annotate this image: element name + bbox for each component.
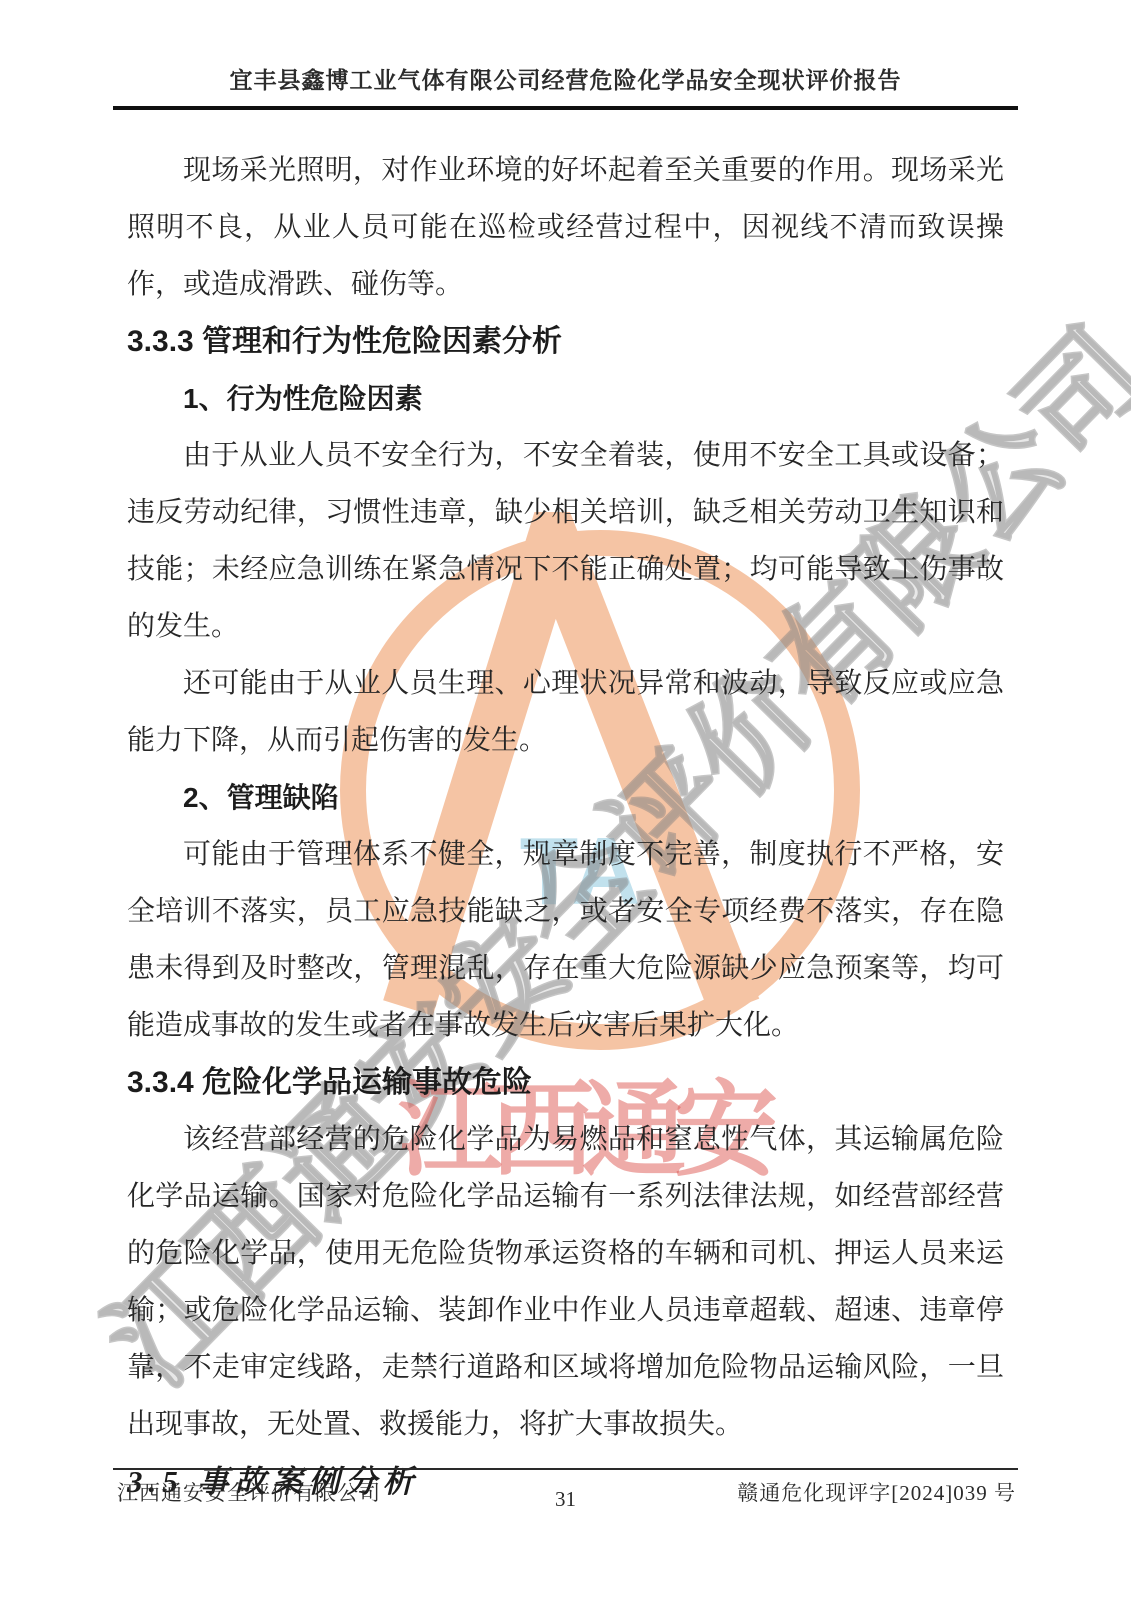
paragraph: 该经营部经营的危险化学品为易燃品和窒息性气体，其运输属危险化学品运输。国家对危险… xyxy=(127,1111,1004,1453)
document-page: TA 江西通安安全评价有限公司 江西通安 宜丰县鑫博工业气体有限公司经营危险化学… xyxy=(0,0,1131,1600)
page-header-title: 宜丰县鑫博工业气体有限公司经营危险化学品安全现状评价报告 xyxy=(0,62,1131,95)
paragraph: 还可能由于从业人员生理、心理状况异常和波动，导致反应或应急能力下降，从而引起伤害… xyxy=(127,655,1004,769)
document-body: 现场采光照明，对作业环境的好坏起着至关重要的作用。现场采光照明不良，从业人员可能… xyxy=(127,142,1004,1510)
footer-rule xyxy=(113,1468,1018,1470)
paragraph: 现场采光照明，对作业环境的好坏起着至关重要的作用。现场采光照明不良，从业人员可能… xyxy=(127,142,1004,313)
paragraph: 可能由于管理体系不健全，规章制度不完善，制度执行不严格，安全培训不落实，员工应急… xyxy=(127,826,1004,1054)
subheading-management-defects: 2、管理缺陷 xyxy=(127,769,1004,826)
page-number: 31 xyxy=(555,1487,576,1512)
content-layer: 宜丰县鑫博工业气体有限公司经营危险化学品安全现状评价报告 现场采光照明，对作业环… xyxy=(0,0,1131,1600)
footer-doc-number: 赣通危化现评字[2024]039 号 xyxy=(737,1477,1016,1507)
paragraph: 由于从业人员不安全行为，不安全着装，使用不安全工具或设备；违反劳动纪律，习惯性违… xyxy=(127,427,1004,655)
header-rule xyxy=(113,106,1018,110)
section-heading-3-3-3: 3.3.3 管理和行为性危险因素分析 xyxy=(127,313,1004,370)
subheading-behavioral-factors: 1、行为性危险因素 xyxy=(127,370,1004,427)
section-heading-3-3-4: 3.3.4 危险化学品运输事故危险 xyxy=(127,1054,1004,1111)
footer-company: 江西通安安全评价有限公司 xyxy=(117,1477,381,1507)
